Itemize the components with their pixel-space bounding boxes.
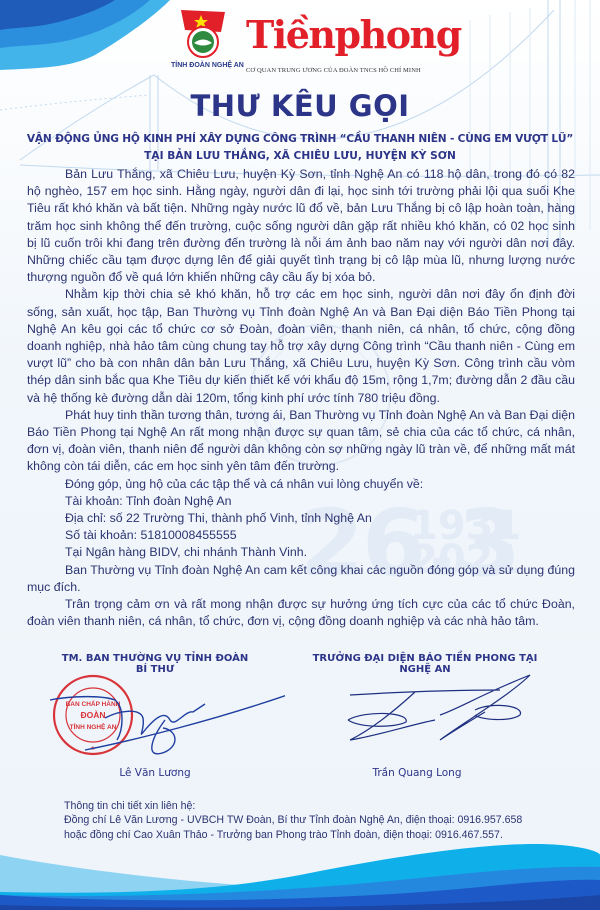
paragraph-commitment: Ban Thường vụ Tỉnh đoàn Nghệ An cam kết … [27, 562, 575, 596]
contact-info: Thông tin chi tiết xin liên hệ: Đồng chí… [64, 799, 564, 842]
signature-right-icon [340, 670, 540, 750]
bottom-wave-cyan [0, 844, 600, 910]
bottom-wave-blue [0, 867, 600, 910]
bank-branch: Tại Ngân hàng BIDV, chi nhánh Thành Vinh… [27, 544, 575, 561]
signer-left-name: Lê Văn Lương [100, 767, 210, 779]
signer-left-role: TM. BAN THƯỜNG VỤ TỈNH ĐOÀN [35, 653, 275, 664]
top-wave-mid [0, 0, 150, 48]
bottom-wave-light [0, 855, 240, 910]
bottom-wave-royal [0, 880, 600, 910]
letter-body: Bản Lưu Thắng, xã Chiêu Lưu, huyện Kỳ Sơ… [27, 166, 575, 630]
signature-left-icon [45, 690, 285, 760]
account-name: Tài khoản: Tỉnh đoàn Nghệ An [27, 493, 575, 510]
paragraph-situation: Bản Lưu Thắng, xã Chiêu Lưu, huyện Kỳ Sơ… [27, 166, 575, 286]
header: TỈNH ĐOÀN NGHỆ AN Tiềnphong CƠ QUAN TRUN… [175, 6, 475, 72]
tienphong-logo: Tiềnphong [246, 16, 461, 54]
letter-subtitle-line2: TẠI BẢN LƯU THẮNG, XÃ CHIÊU LƯU, HUYỆN K… [10, 150, 590, 162]
donation-intro: Đóng góp, ủng hộ của các tập thể và cá n… [27, 476, 575, 493]
signature-block-left: TM. BAN THƯỜNG VỤ TỈNH ĐOÀN BÍ THƯ [35, 653, 275, 675]
letter-title: THƯ KÊU GỌI [0, 89, 600, 123]
contact-line2: hoặc đồng chí Cao Xuân Thảo - Trưởng ban… [64, 828, 564, 842]
signer-right-name: Trần Quang Long [362, 767, 472, 779]
account-number: Số tài khoản: 51810008455555 [27, 527, 575, 544]
account-address: Địa chỉ: số 22 Trường Thi, thành phố Vin… [27, 510, 575, 527]
letter-subtitle-line1: VẬN ĐỘNG ỦNG HỘ KINH PHÍ XÂY DỰNG CÔNG T… [10, 133, 590, 145]
bottom-wave-navy [0, 895, 600, 910]
contact-line1: Đồng chí Lê Văn Lương - UVBCH TW Đoàn, B… [64, 813, 564, 827]
paragraph-thanks: Trân trọng cảm ơn và rất mong nhận được … [27, 596, 575, 630]
contact-intro: Thông tin chi tiết xin liên hệ: [64, 799, 564, 813]
tienphong-tagline: CƠ QUAN TRUNG ƯƠNG CỦA ĐOÀN TNCS HỒ CHÍ … [246, 67, 421, 74]
top-wave-light [0, 0, 170, 70]
top-wave-dark [0, 0, 115, 30]
doan-logo-label: TỈNH ĐOÀN NGHỆ AN [171, 62, 243, 69]
paragraph-solidarity: Phát huy tinh thần tương thân, tương ái,… [27, 407, 575, 476]
paragraph-appeal: Nhằm kịp thời chia sẻ khó khăn, hỗ trợ c… [27, 286, 575, 406]
